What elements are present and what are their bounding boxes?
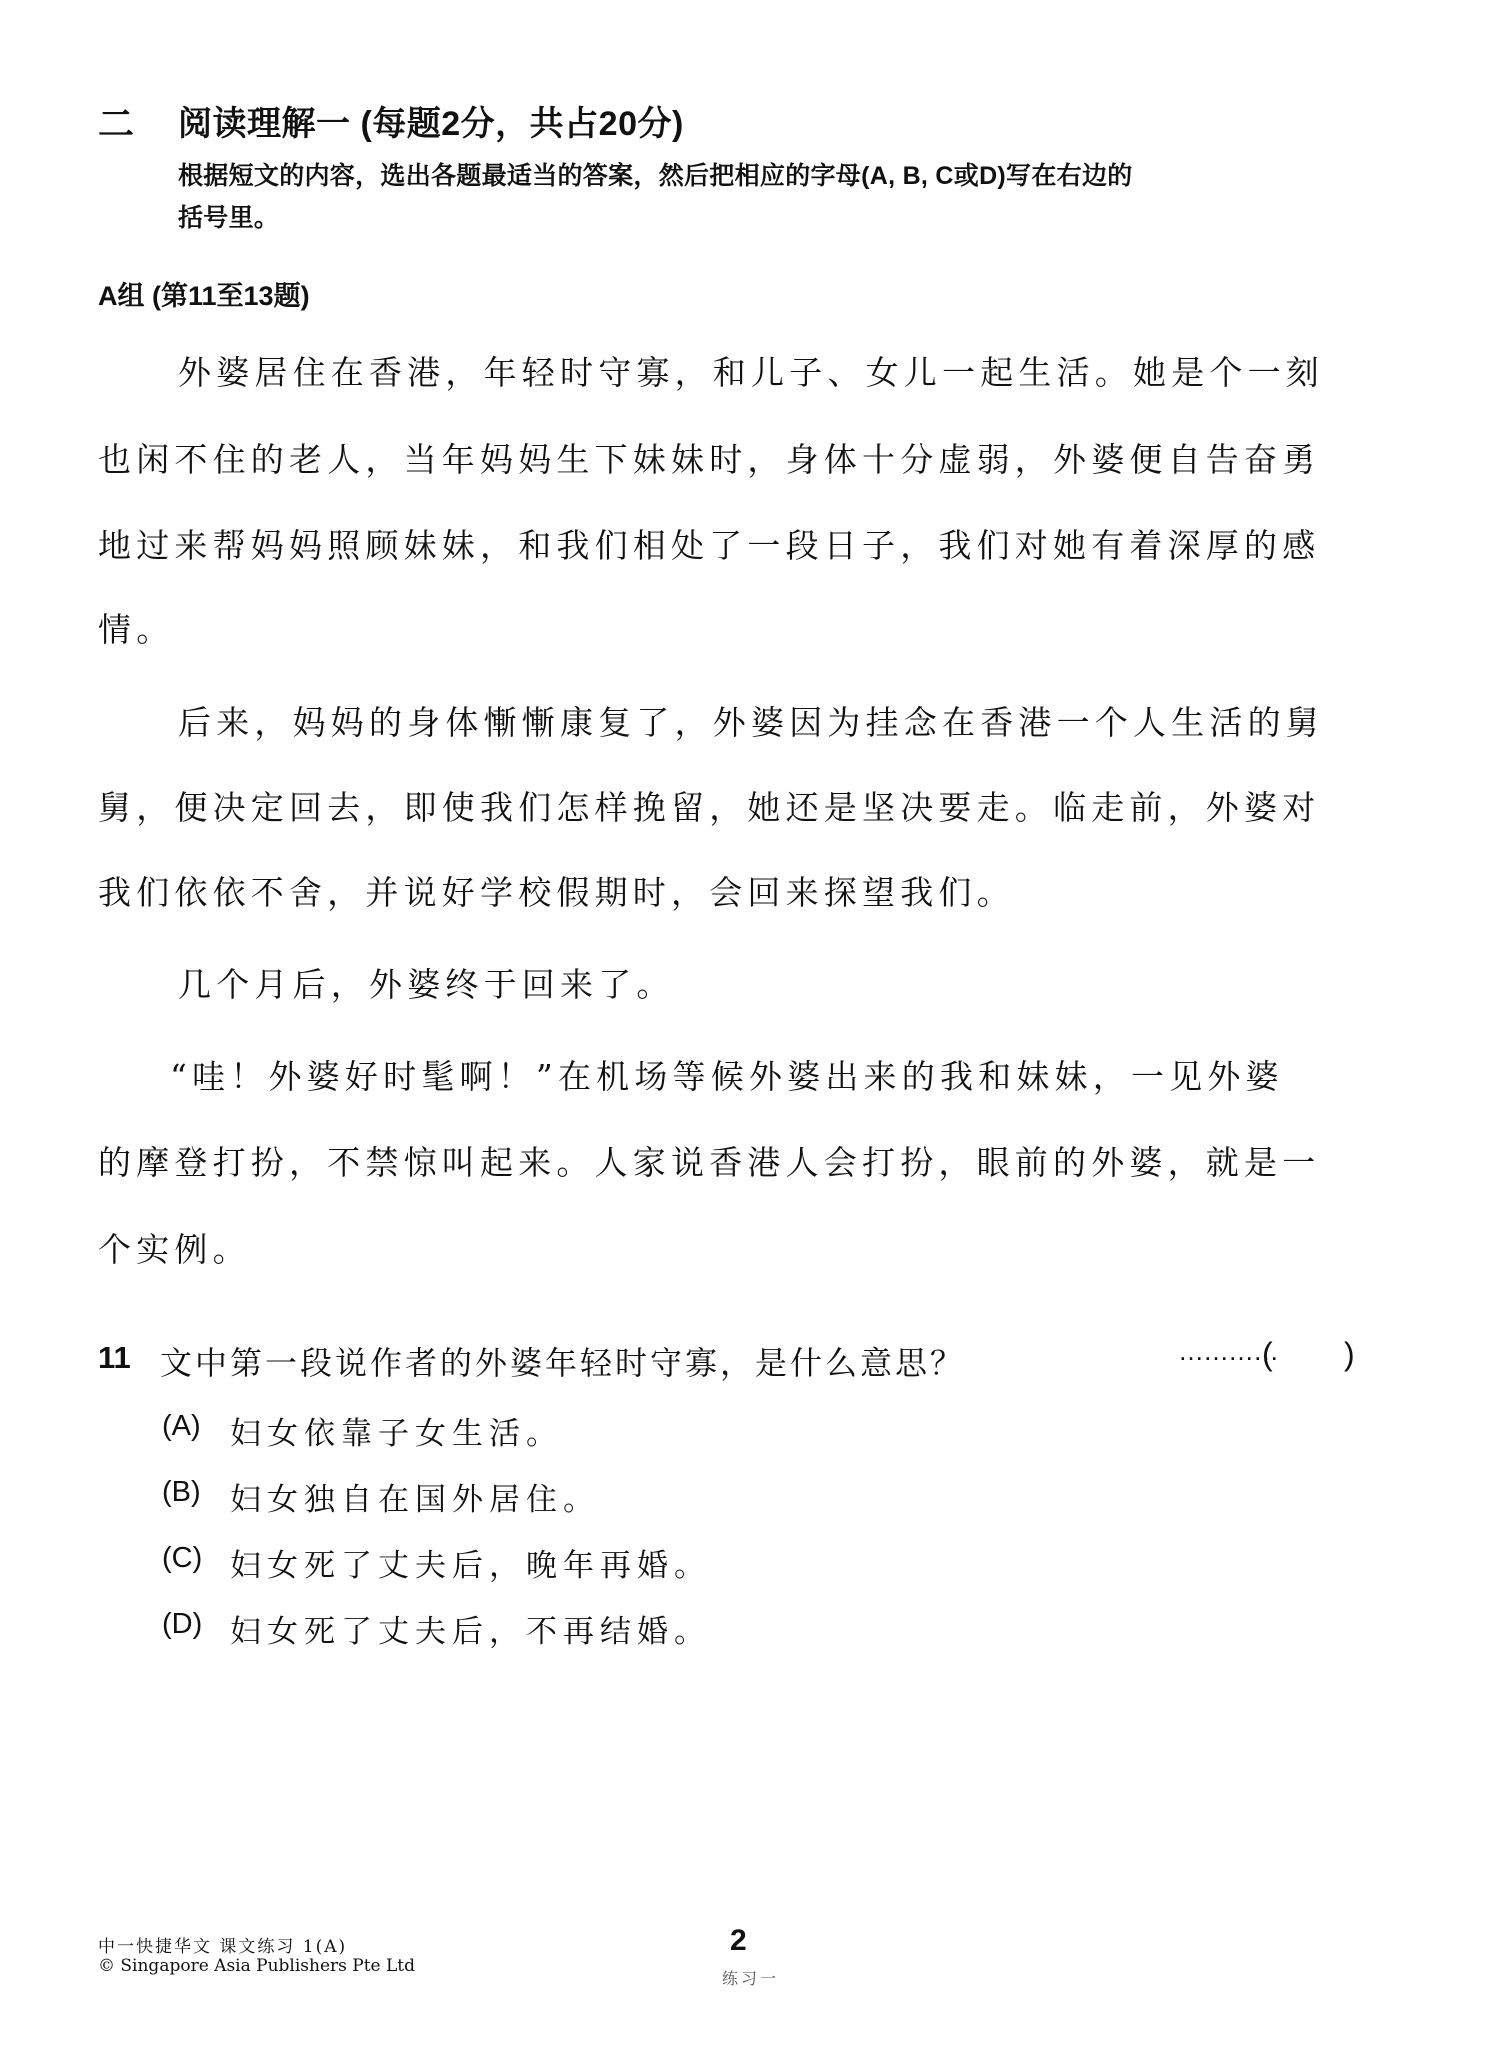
group-label: A组 (第11至13题) [98, 274, 310, 313]
passage-line: 后来，妈妈的身体慚慚康复了，外婆因为挂念在香港一个人生活的舅 [178, 703, 1324, 743]
passage-line: 个实例。 [98, 1230, 251, 1270]
passage-line: 地过来帮妈妈照顾妹妹，和我们相处了一段日子，我们对她有着深厚的感 [98, 526, 1320, 566]
passage-line: 的摩登打扮，不禁惊叫起来。人家说香港人会打扮，眼前的外婆，就是一 [98, 1143, 1320, 1183]
question-text: 文中第一段说作者的外婆年轻时守寡，是什么意思？ [160, 1338, 965, 1384]
option-letter: (B) [162, 1476, 201, 1509]
section-title: 阅读理解一 (每题2分，共占20分) [178, 96, 684, 145]
question-number: 11 [98, 1340, 131, 1376]
passage-line: 几个月后，外婆终于回来了。 [178, 965, 675, 1005]
option-letter: (D) [162, 1608, 202, 1641]
passage-line: 也闲不住的老人，当年妈妈生下妹妹时，身体十分虚弱，外婆便自告奋勇 [98, 440, 1320, 480]
answer-bracket-close: ) [1344, 1336, 1355, 1373]
footer-copyright: © Singapore Asia Publishers Pte Ltd [98, 1956, 415, 1976]
instruction-line-1: 根据短文的内容，选出各题最适当的答案，然后把相应的字母(A, B, C或D)写在… [178, 156, 1133, 192]
passage-line: 情。 [98, 610, 174, 650]
instruction-line-2: 括号里。 [178, 198, 279, 234]
option-letter: (C) [162, 1542, 202, 1575]
footer-book-title: 中一快捷华文 课文练习 1(A) [98, 1932, 347, 1957]
option-text: 妇女依靠子女生活。 [230, 1408, 563, 1453]
option-text: 妇女死了丈夫后，晚年再婚。 [230, 1540, 711, 1585]
exercise-label: 练习一 [722, 1966, 779, 1989]
section-number: 二 [98, 96, 134, 147]
option-text: 妇女死了丈夫后，不再结婚。 [230, 1606, 711, 1651]
option-text: 妇女独自在国外居住。 [230, 1474, 600, 1519]
page-number: 2 [730, 1924, 747, 1958]
option-letter: (A) [162, 1410, 201, 1443]
passage-line: 舅，便决定回去，即使我们怎样挽留，她还是坚决要走。临走前，外婆对 [98, 788, 1320, 828]
passage-line: 外婆居住在香港，年轻时守寡，和儿子、女儿一起生活。她是个一刻 [178, 353, 1324, 393]
passage-line: “哇！外婆好时髦啊！”在机场等候外婆出来的我和妹妹，一见外婆 [170, 1057, 1284, 1097]
passage-line: 我们依依不舍，并说好学校假期时，会回来探望我们。 [98, 873, 1015, 913]
